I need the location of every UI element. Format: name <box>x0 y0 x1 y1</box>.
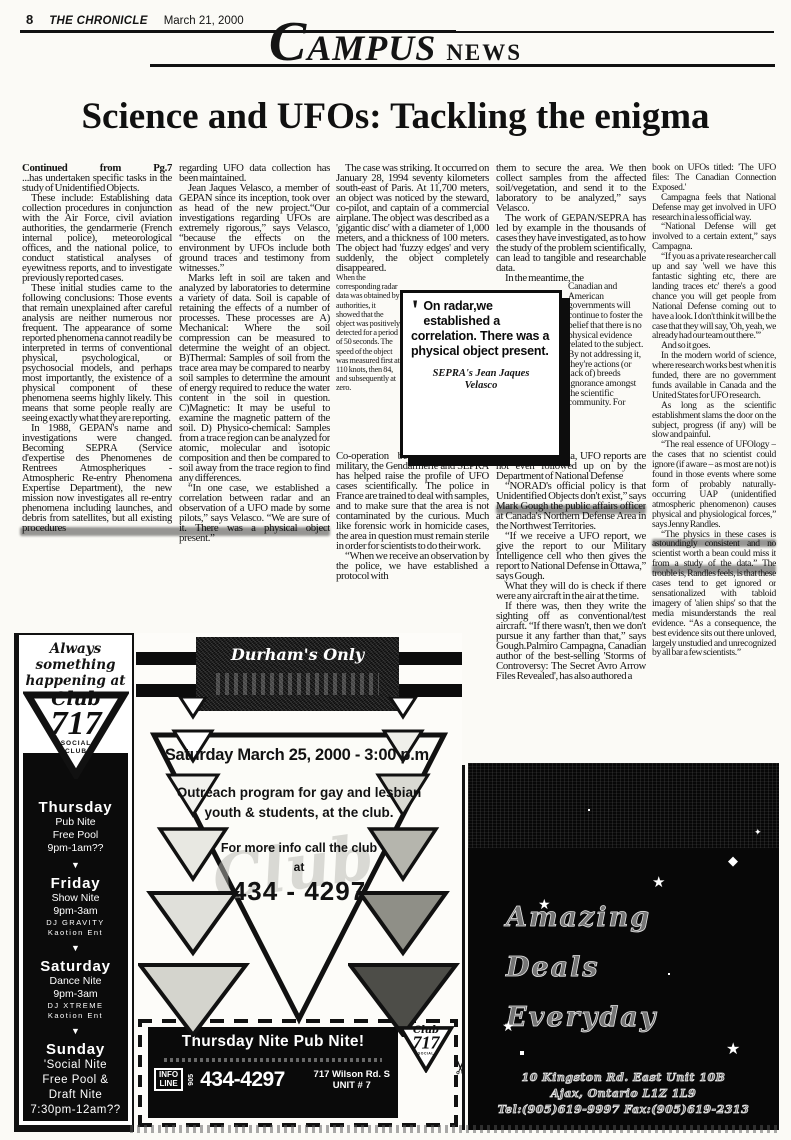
speck <box>520 1051 524 1055</box>
paragraph: Marks left in soil are taken and analyze… <box>179 273 330 483</box>
paragraph: Campagna feels that National Defense may… <box>652 193 776 223</box>
paragraph: In the modern world of science, where re… <box>652 351 776 401</box>
star-icon: ★ <box>652 873 665 892</box>
schedule-line: Dance Nite <box>23 975 128 988</box>
paragraph: regarding UFO data collection has been m… <box>179 163 330 183</box>
logo-social-text: SOCIAL <box>418 1051 434 1055</box>
paragraph: When the corresponding radar data was ob… <box>336 273 400 392</box>
logo-social-text: SOCIAL <box>61 740 92 747</box>
paragraph: These include: Establishing data collect… <box>22 193 172 283</box>
store-address: 10 Kingston Rd. East Unit 10B Ajax, Onta… <box>468 1070 779 1118</box>
attribution-line: SEPRA's Jean Jaques <box>411 368 551 380</box>
event-info-line: For more info call the club <box>136 841 462 855</box>
logo-club-sub-text: CLUB <box>65 748 87 755</box>
schedule-line: DJ GRAVITY <box>23 918 128 928</box>
ad-text-line: Deals <box>506 943 657 993</box>
paragraph: Canadian and American governments will c… <box>568 282 643 408</box>
paragraph: “The real essence of UFOlogy – the cases… <box>652 440 776 529</box>
ad-divider-line <box>462 765 465 1130</box>
decor-bar <box>136 684 198 697</box>
attribution-line: Velasco <box>411 380 551 392</box>
event-desc-line: Outreach program for gay and lesbian <box>136 785 462 800</box>
decor-bar <box>136 652 198 665</box>
speck <box>588 809 590 811</box>
paragraph: “If we receive a UFO report, we give the… <box>496 531 646 581</box>
schedule-panel: Thursday Pub Nite Free Pool 9pm-1am?? ▼ … <box>23 753 128 1121</box>
faded-print-noise <box>216 673 379 695</box>
schedule-line: 9pm-3am <box>23 905 128 918</box>
section-masthead: CAMPUSNEWS <box>0 22 791 68</box>
quote-mark-icon: ' <box>411 301 419 321</box>
decor-bar <box>397 684 462 697</box>
paragraph: The work of GEPAN/SEPRA has led by examp… <box>496 213 646 273</box>
scan-edge-noise <box>130 1125 778 1133</box>
paragraph: Jean Jaques Velasco, a member of GEPAN s… <box>179 183 330 273</box>
address-line: 10 Kingston Rd. East Unit 10B <box>468 1070 779 1086</box>
schedule-line: Show Nite <box>23 892 128 905</box>
scan-speckle <box>468 763 779 848</box>
article-headline: Science and UFOs: Tackling the enigma <box>0 96 791 138</box>
star-icon: ★ <box>726 1039 740 1059</box>
paragraph: In 1988, GEPAN's name and investigations… <box>22 423 172 533</box>
schedule-line: Kaotion Ent <box>23 928 128 938</box>
schedule-line: 9pm-3am <box>23 988 128 1001</box>
event-info-line: at <box>136 860 462 874</box>
logo-717-text: 717 <box>51 705 104 742</box>
paragraph: As long as the scientific establishment … <box>652 401 776 441</box>
event-phone-number: 434 - 4297 <box>136 876 462 907</box>
paragraph: These initial studies came to the follow… <box>22 283 172 423</box>
club717-logo-small: Club 717 SOCIAL <box>398 1023 454 1073</box>
pull-quote-box: ' On radar,we established a correlation.… <box>400 290 562 458</box>
address-line: 717 Wilson Rd. S <box>314 1069 390 1080</box>
speck <box>668 973 670 975</box>
club717-side-ad: Always something happening at Club 717 S… <box>14 633 134 1132</box>
print-smear <box>652 539 776 547</box>
down-triangle-icon: ▼ <box>23 860 128 870</box>
info-line-box: INFO LINE <box>154 1068 183 1091</box>
pull-quote-attribution: SEPRA's Jean Jaques Velasco <box>411 368 551 392</box>
article-column-4: them to secure the area. We then collect… <box>496 163 646 763</box>
club717-event-ad: Durham's Only Club Saturday March 25, 20… <box>136 633 462 1132</box>
ad-text-line: Everyday <box>506 993 657 1043</box>
paragraph: Co-operation between the French military… <box>336 451 489 551</box>
down-triangle-icon: ▼ <box>23 1026 128 1036</box>
schedule-line: Free Pool & <box>23 1073 128 1088</box>
club717-logo: Club 717 SOCIAL CLUB <box>23 687 129 779</box>
article-column-1: Continued from Pg.7 ...has undertaken sp… <box>22 163 172 631</box>
event-date-line: Saturday March 25, 2000 - 3:00 p.m. <box>136 746 462 765</box>
info-label: LINE <box>159 1080 178 1089</box>
paragraph: “When we receive an observation by the p… <box>336 551 489 581</box>
club-address: 717 Wilson Rd. S UNIT # 7 <box>314 1069 392 1091</box>
article-column-5: book on UFOs titled: 'The UFO files: The… <box>652 163 776 773</box>
address-line: Ajax, Ontario L1Z 1L9 <box>468 1086 779 1102</box>
schedule-day: Saturday <box>23 958 128 975</box>
print-smear <box>496 505 646 514</box>
paragraph-wrapped-beside-quote: Canadian and American governments will c… <box>568 283 646 451</box>
schedule-line: Kaotion Ent <box>23 1011 128 1021</box>
paragraph: book on UFOs titled: 'The UFO files: The… <box>652 163 776 193</box>
down-triangle-icon: ▼ <box>23 943 128 953</box>
pull-quote-text: On radar,we established a correlation. T… <box>411 299 551 359</box>
area-code: 905 <box>188 1074 195 1086</box>
logo-717-text: 717 <box>413 1033 441 1053</box>
schedule-day: Friday <box>23 875 128 892</box>
paragraph: If there was, then they write the sighti… <box>496 601 646 681</box>
diamond-icon: ◆ <box>728 853 738 869</box>
schedule-line: DJ XTREME <box>23 1001 128 1011</box>
banner-text: Durham's Only <box>196 645 399 664</box>
schedule-line: 9pm-1am?? <box>23 842 128 855</box>
paragraph: ...has undertaken specific tasks in the … <box>22 173 172 193</box>
address-line: UNIT # 7 <box>314 1080 390 1091</box>
ad-text-line: Amazing <box>506 893 657 943</box>
paragraph: “If you as a private researcher call up … <box>652 252 776 341</box>
schedule-day: Thursday <box>23 799 128 816</box>
schedule-line: Pub Nite <box>23 816 128 829</box>
amazing-deals-ad: ★ ★ ◆ ✦ ★ ★ Amazing Deals Everyday 10 Ki… <box>468 763 779 1130</box>
info-line-phone: 434-4297 <box>200 1069 285 1091</box>
paragraph: The case was striking. It occurred on Ja… <box>336 163 489 273</box>
paragraph: “The physics in these cases is astoundin… <box>652 530 776 659</box>
paragraph-wrapped-beside-quote: When the corresponding radar data was ob… <box>336 273 400 451</box>
paragraph: “National Defense will get involved to a… <box>652 222 776 252</box>
section-title-news: NEWS <box>446 40 522 65</box>
star-icon: ✦ <box>754 827 762 838</box>
fine-print-noise <box>164 1058 382 1062</box>
phone-fax-line: Tel:(905)619-9997 Fax:(905)619-2313 <box>468 1102 779 1118</box>
print-smear <box>652 565 776 574</box>
article-column-2: regarding UFO data collection has been m… <box>179 163 330 631</box>
schedule-line: 'Social Nite <box>23 1058 128 1073</box>
masthead-underline <box>150 64 775 67</box>
event-desc-line: youth & students, at the club. <box>136 805 462 820</box>
amazing-deals-text: Amazing Deals Everyday <box>506 893 657 1043</box>
ad-tagline: Always something happening at <box>19 641 132 689</box>
schedule-day: Sunday <box>23 1041 128 1058</box>
schedule-line: Draft Nite <box>23 1088 128 1103</box>
pub-nite-banner: Thursday Nite Pub Nite! INFO LINE 905 43… <box>148 1027 398 1118</box>
schedule-line: 7:30pm-12am?? <box>23 1103 128 1118</box>
section-title-campus: CAMPUS <box>269 22 436 68</box>
print-smear <box>20 527 330 536</box>
schedule-line: Free Pool <box>23 829 128 842</box>
paragraph: What they will do is check if there were… <box>496 581 646 601</box>
paragraph: them to secure the area. We then collect… <box>496 163 646 213</box>
decor-bar <box>397 652 462 665</box>
